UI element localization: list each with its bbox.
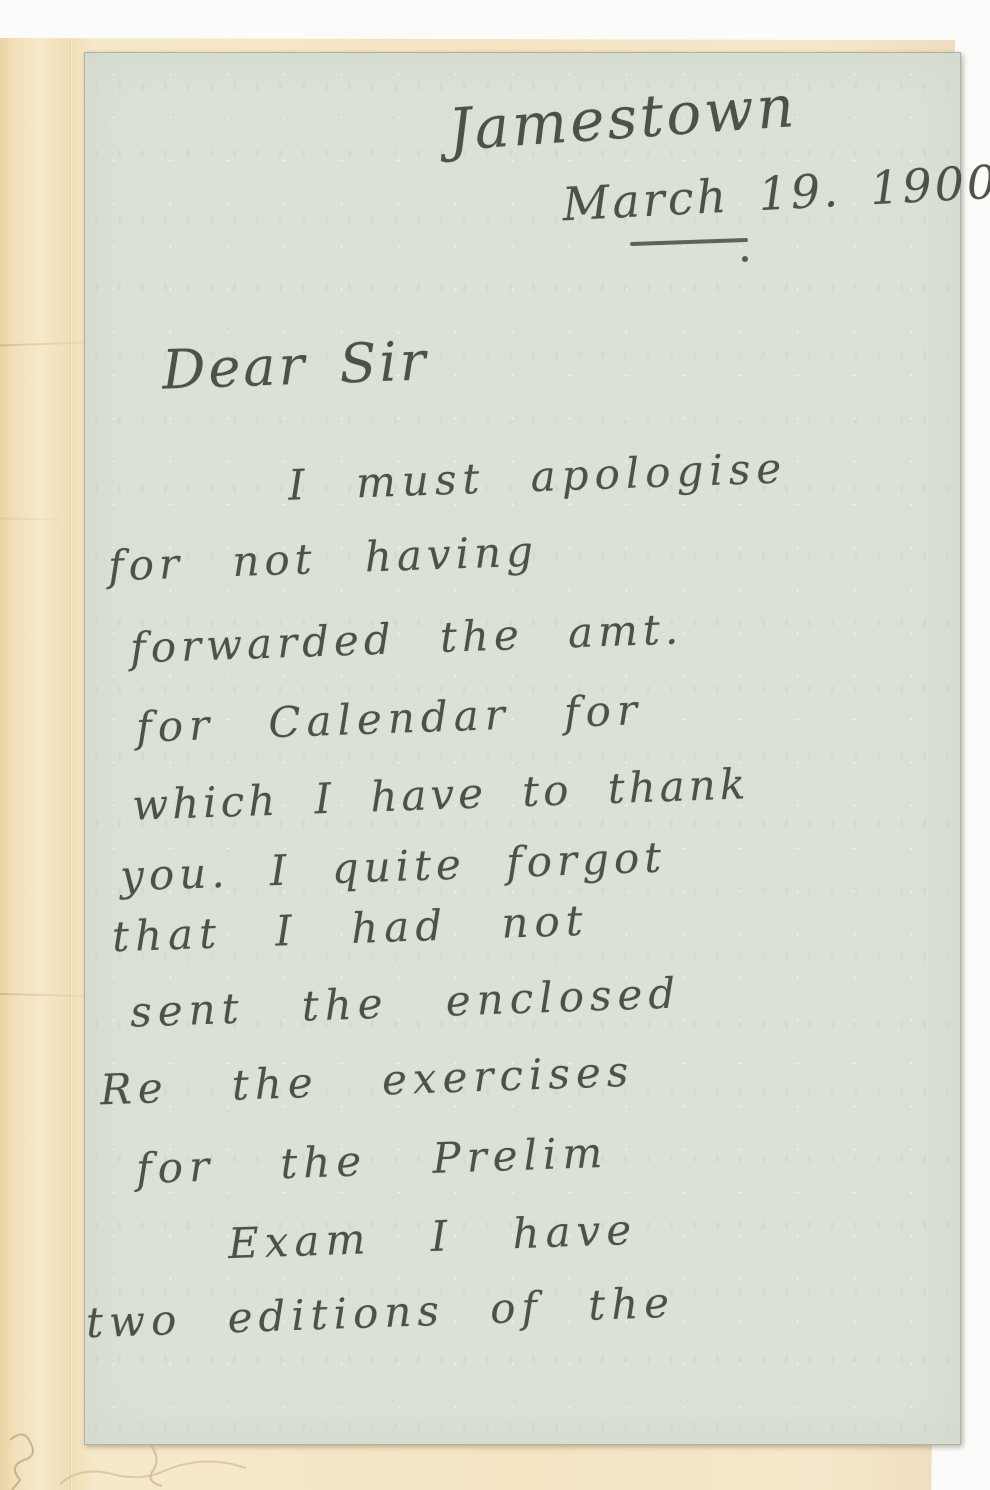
paper-crease: [0, 993, 84, 997]
paper-tear: [0, 1380, 320, 1490]
letter-salutation: Dear Sir: [161, 329, 430, 401]
paper-crease: [0, 517, 60, 520]
paper-crease: [0, 341, 86, 346]
date-dot: [742, 256, 748, 262]
